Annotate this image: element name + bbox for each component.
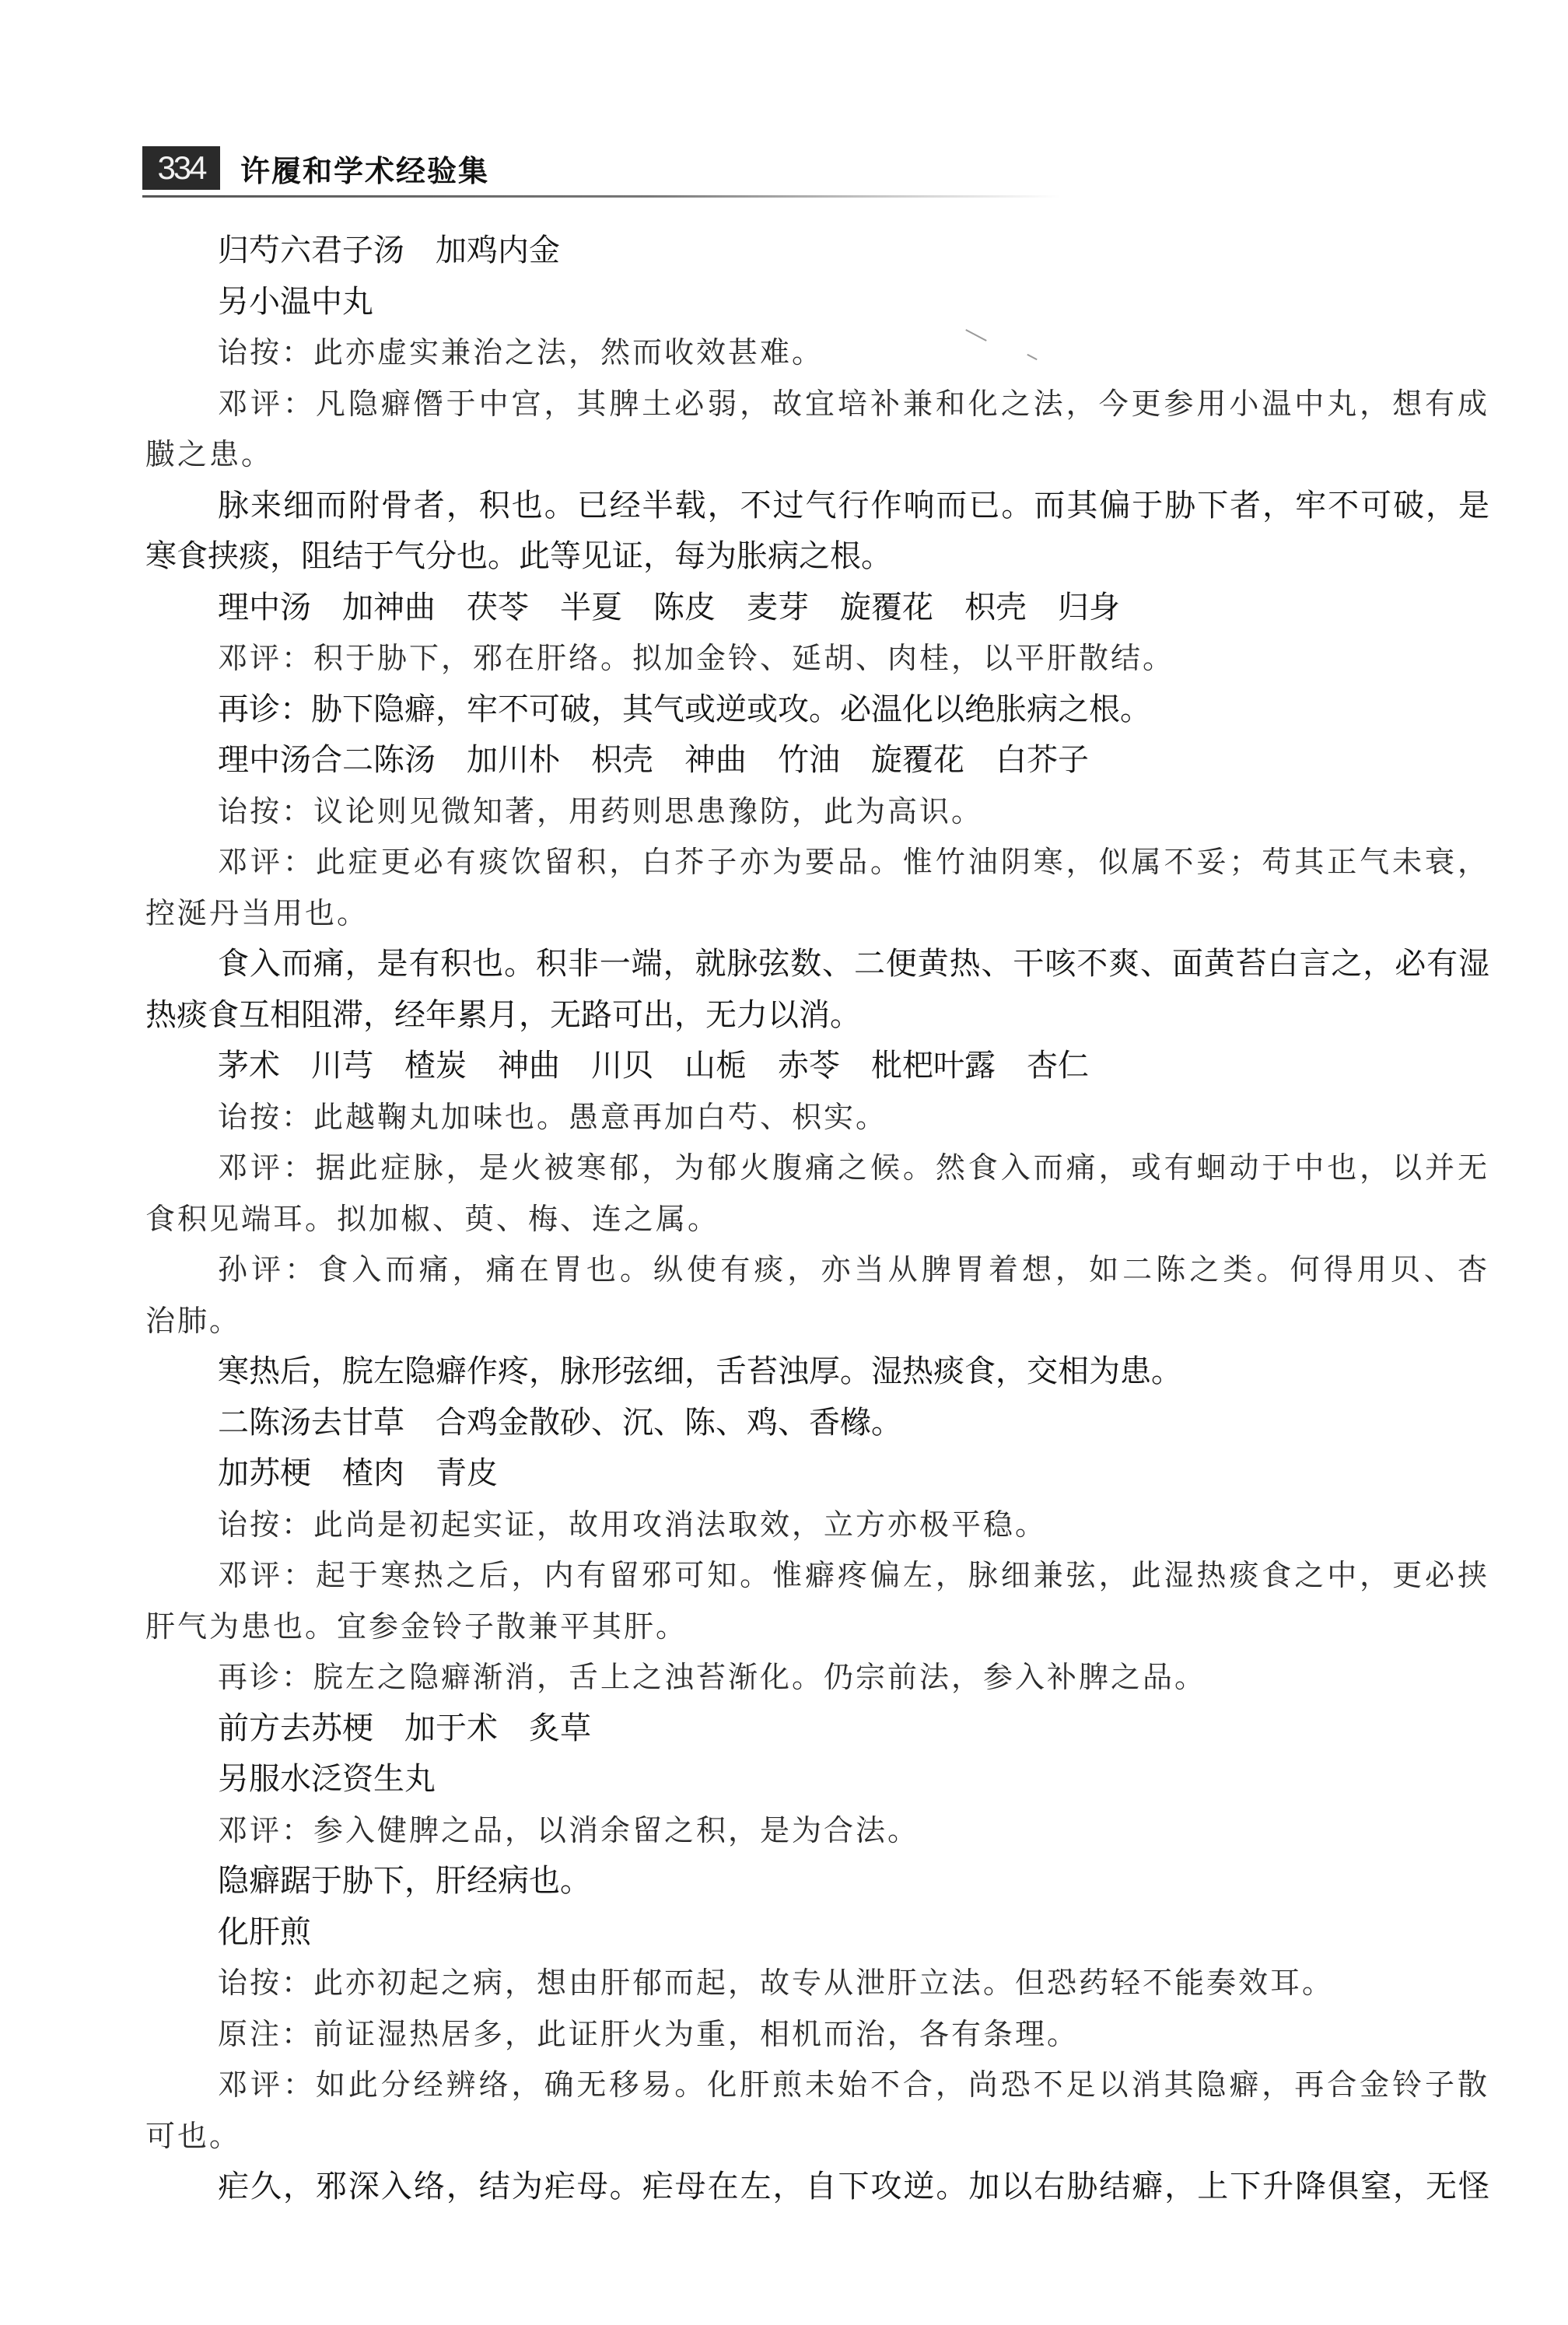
paragraph-line: 邓评：凡隐癖僭于中宫，其脾土必弱，故宜培补兼和化之法，今更参用小温中丸，想有成: [145, 379, 1489, 430]
continuation-line: 寒食挟痰，阻结于气分也。此等见证，每为胀病之根。: [145, 531, 1489, 583]
continuation-line: 肝气为患也。宜参金铃子散兼平其肝。: [145, 1602, 1489, 1653]
paragraph-line: 邓评：参入健脾之品，以消余留之积，是为合法。: [145, 1805, 1489, 1857]
paragraph-line: 邓评：此症更必有痰饮留积，白芥子亦为要品。惟竹油阴寒，似属不妥；苟其正气未衰，: [145, 837, 1489, 888]
paragraph-line: 诒按：此亦虚实兼治之法，然而收效甚难。: [145, 327, 1489, 379]
paragraph-line: 疟久，邪深入络，结为疟母。疟母在左，自下攻逆。加以右胁结癖，上下升降俱窒，无怪: [145, 2162, 1489, 2213]
paragraph-line: 另小温中丸: [145, 277, 1489, 328]
paragraph-line: 邓评：如此分经辨络，确无移易。化肝煎未始不合，尚恐不足以消其隐癖，再合金铃子散: [145, 2060, 1489, 2111]
paragraph-line: 另服水泛资生丸: [145, 1754, 1489, 1805]
paragraph-line: 邓评：据此症脉，是火被寒郁，为郁火腹痛之候。然食入而痛，或有蛔动于中也，以并无: [145, 1143, 1489, 1194]
paragraph-line: 脉来细而附骨者，积也。已经半载，不过气行作响而已。而其偏于胁下者，牢不可破，是: [145, 481, 1489, 532]
paragraph-line: 诒按：此亦初起之病，想由肝郁而起，故专从泄肝立法。但恐药轻不能奏效耳。: [145, 1958, 1489, 2009]
book-title: 许履和学术经验集: [240, 147, 489, 190]
paragraph-line: 理中汤合二陈汤 加川朴 枳壳 神曲 竹油 旋覆花 白芥子: [145, 735, 1489, 786]
paragraph-line: 诒按：议论则见微知著，用药则思患豫防，此为高识。: [145, 786, 1489, 838]
paragraph-line: 加苏梗 楂肉 青皮: [145, 1448, 1489, 1500]
page-body: 归芍六君子汤 加鸡内金另小温中丸诒按：此亦虚实兼治之法，然而收效甚难。邓评：凡隐…: [145, 226, 1489, 2213]
paragraph-line: 化肝煎: [145, 1907, 1489, 1959]
paragraph-line: 二陈汤去甘草 合鸡金散砂、沉、陈、鸡、香橼。: [145, 1398, 1489, 1449]
paragraph-line: 邓评：积于胁下，邪在肝络。拟加金铃、延胡、肉桂，以平肝散结。: [145, 633, 1489, 685]
paragraph-line: 食入而痛，是有积也。积非一端，就脉弦数、二便黄热、干咳不爽、面黄苔白言之，必有湿: [145, 939, 1489, 990]
continuation-line: 热痰食互相阻滞，经年累月，无路可出，无力以消。: [145, 990, 1489, 1042]
continuation-line: 控涎丹当用也。: [145, 888, 1489, 940]
continuation-line: 食积见端耳。拟加椒、萸、梅、连之属。: [145, 1194, 1489, 1245]
continuation-line: 治肺。: [145, 1296, 1489, 1347]
paragraph-line: 隐癖踞于胁下，肝经病也。: [145, 1856, 1489, 1907]
paragraph-line: 再诊：胁下隐癖，牢不可破，其气或逆或攻。必温化以绝胀病之根。: [145, 685, 1489, 736]
paragraph-line: 再诊：脘左之隐癖渐消，舌上之浊苔渐化。仍宗前法，参入补脾之品。: [145, 1652, 1489, 1703]
paragraph-line: 茅术 川芎 楂炭 神曲 川贝 山栀 赤苓 枇杷叶露 杏仁: [145, 1041, 1489, 1092]
page-number: 334: [142, 146, 220, 190]
page-header: 334 许履和学术经验集: [142, 146, 489, 190]
paragraph-line: 前方去苏梗 加于术 炙草: [145, 1703, 1489, 1755]
paragraph-line: 理中汤 加神曲 茯苓 半夏 陈皮 麦芽 旋覆花 枳壳 归身: [145, 583, 1489, 634]
paragraph-line: 寒热后，脘左隐癖作疼，脉形弦细，舌苔浊厚。湿热痰食，交相为患。: [145, 1346, 1489, 1398]
paragraph-line: 孙评：食入而痛，痛在胃也。纵使有痰，亦当从脾胃着想，如二陈之类。何得用贝、杏: [145, 1245, 1489, 1296]
continuation-line: 臌之患。: [145, 429, 1489, 481]
paragraph-line: 诒按：此越鞠丸加味也。愚意再加白芍、枳实。: [145, 1092, 1489, 1143]
paragraph-line: 邓评：起于寒热之后，内有留邪可知。惟癖疼偏左，脉细兼弦，此湿热痰食之中，更必挟: [145, 1550, 1489, 1602]
header-rule: [142, 195, 1060, 198]
paragraph-line: 原注：前证湿热居多，此证肝火为重，相机而治，各有条理。: [145, 2009, 1489, 2061]
paragraph-line: 归芍六君子汤 加鸡内金: [145, 226, 1489, 277]
continuation-line: 可也。: [145, 2111, 1489, 2162]
paragraph-line: 诒按：此尚是初起实证，故用攻消法取效，立方亦极平稳。: [145, 1500, 1489, 1551]
